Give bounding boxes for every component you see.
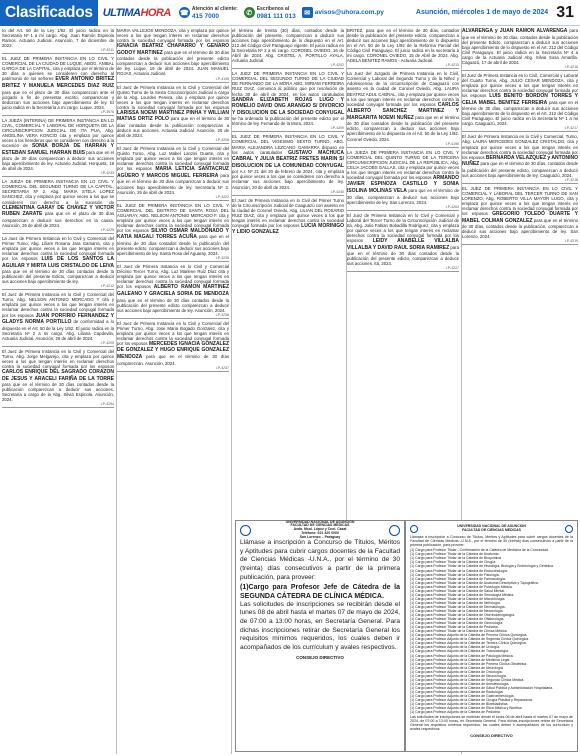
notice-text: El Juez de Primera Instancia en lo Civil… (2, 349, 114, 403)
notice-body: MARIA VALLEJOS MENDOZA, cita y emplaza p… (117, 28, 229, 43)
list-header: UNIVERSIDAD NACIONAL DE ASUNCION FACULTA… (410, 524, 573, 533)
faculty-contest-notice: UNIVERSIDAD NACIONAL DE ASUNCION FACULTA… (235, 520, 405, 752)
header-line: FACULTAD DE CIENCIAS MEDICAS (462, 529, 521, 533)
notice-text: ALVARENGA y JUAN RAMON ALVARENGA para qu… (462, 28, 578, 65)
list-intro: Llámase a inscripción a Concurso de Títu… (410, 535, 573, 547)
whatsapp-icon: ✆ (244, 7, 255, 18)
notice-text: EL JUEZ DE PRIMERA INSTANCIA EN LO CIVIL… (232, 134, 344, 189)
legal-notice: EL JUEZ DE PRIMERA INSTANCIA EN LO CIVIL… (232, 134, 344, 195)
notice-text: EL JUEZ DE PRIMERA INSTANCIA EN LO CIVIL… (2, 56, 114, 110)
university-seal-icon (410, 525, 418, 533)
whatsapp-number[interactable]: 0981 111 013 (257, 13, 296, 20)
notice-body: el término de treinta (30) días, contado… (232, 28, 344, 63)
notice-code: I-P-4216 (462, 65, 578, 69)
legal-notice: El Juez de Primera Instancia en lo Civil… (347, 213, 459, 273)
notice-divider (232, 195, 344, 196)
notice-divider (2, 407, 114, 408)
notice-body: BRITEZ, para que en el término de 30 día… (347, 28, 459, 63)
contact-label: Atención al cliente: (192, 6, 238, 13)
faculty-positions-list: UNIVERSIDAD NACIONAL DE ASUNCION FACULTA… (405, 520, 578, 752)
notice-divider (2, 176, 114, 177)
notice-divider (232, 131, 344, 132)
notice-code: I-P-4211 (2, 48, 114, 52)
notice-text: El Juez de Primera Instancia en lo Civil… (462, 134, 578, 177)
faculty-seal-icon (565, 525, 573, 533)
email-contact: ✉ avisos@uhora.com.py (302, 7, 384, 18)
legal-notice: LA JUEZA DE PRIMERA INSTANCIA EN LO CIVI… (347, 150, 459, 211)
list-signature: CONSEJO DIRECTIVO (410, 733, 573, 738)
notice-parties: CARLOS ENRIQUE DEL SAGRADO CORAZON DE JE… (2, 369, 114, 382)
publication-date: Asunción, miércoles 1 de mayo de 2024 (416, 9, 548, 16)
notice-tail: para que en el plazo de 30 días comparez… (2, 90, 114, 110)
notice-intro: Llámase a inscripción a Concurso de Títu… (240, 539, 400, 583)
column-2: MARIA VALLEJOS MENDOZA, cita y emplaza p… (117, 28, 229, 754)
legal-notice: El Juez de Primera Instancia en lo Civil… (2, 349, 114, 409)
notice-divider (462, 131, 578, 132)
notice-code: I-P-4205 (2, 341, 114, 345)
notice-text: El Juez de Primera Instancia en lo Civil… (462, 73, 578, 127)
legal-notice: El Juez de Primera Instancia en lo Civil… (117, 146, 229, 201)
notice-code: I-P-4225 (2, 228, 114, 232)
legal-notice: EL JUEZ DE PRIMERA INSTANCIA EN LO CIVIL… (117, 203, 229, 263)
legal-notice: EL JUEZ DE PRIMERA INSTANCIA EN LO CIVIL… (462, 186, 578, 246)
notice-divider (347, 147, 459, 148)
phone-icon: ☎ (179, 7, 190, 18)
notice-tail: para que en el término de 30 días contad… (117, 298, 229, 313)
notice-code: I-P-4233 (2, 171, 114, 175)
notice-parties: ALVARENGA y JUAN RAMON ALVARENGA (462, 28, 567, 34)
mail-icon: ✉ (302, 7, 313, 18)
brand-logo-part-b: HORA (140, 7, 170, 19)
notice-divider (2, 53, 114, 54)
notice-tail: por A.I. Nº 21 del 20 de febrero de 2024… (232, 169, 344, 189)
section-title: Clasificados (0, 0, 98, 26)
notice-text: El Juez de Primera Instancia en lo Civil… (117, 85, 229, 139)
notice-code: I-P-4237 (117, 366, 229, 370)
notice-divider (462, 183, 578, 184)
notice-divider (117, 371, 229, 372)
notice-divider (232, 68, 344, 69)
legal-notice: LA JUEZ DE PRIMERA INSTANCIA EN LO CIVIL… (232, 71, 344, 132)
notice-text: LA JUEZ DE PRIMERA INSTANCIA EN LO CIVIL… (232, 71, 344, 126)
notice-divider (117, 261, 229, 262)
notice-divider (347, 271, 459, 272)
notice-code: I-P-4254 (2, 402, 114, 406)
notice-text: El Juez de Primera Instancia en lo Civil… (232, 198, 344, 236)
notice-text: El Juez de Primera Instancia en lo Civil… (2, 292, 114, 341)
notice-code: I-P-4222 (117, 195, 229, 199)
legal-notice: MARIA VALLEJOS MENDOZA, cita y emplaza p… (117, 28, 229, 83)
notice-divider (347, 210, 459, 211)
notice-code: I-P-4208 (117, 138, 229, 142)
contact-label: Escríbenos al (257, 6, 296, 13)
notice-divider (462, 244, 578, 245)
legal-notice: ALVARENGA y JUAN RAMON ALVARENGA para qu… (462, 28, 578, 71)
list-footer: Las solicitudes de inscripciones se reci… (410, 715, 573, 731)
notice-divider (2, 346, 114, 347)
notice-code: I-P-4235 (117, 256, 229, 260)
notice-code: I-P-4217 (462, 126, 578, 130)
notice-code: I-P-4219 (462, 239, 578, 243)
notice-code: I-P-4240 (232, 190, 344, 194)
notice-text: LA JUEZA DE PRIMERA INSTANCIA EN LO CIVI… (2, 179, 114, 228)
phone-number[interactable]: 415 7000 (192, 13, 238, 20)
legal-notice: El Juez de Primera Instancia en lo Civil… (117, 264, 229, 319)
notice-body: El Juez de Primera Instancia en lo Civil… (117, 85, 229, 110)
notice-code: I-P-4202 (232, 63, 344, 67)
notice-code: I-P-4212 (2, 284, 114, 288)
notice-divider (462, 70, 578, 71)
legal-notice: El Juez de Primera Instancia en lo Civil… (117, 321, 229, 372)
notice-code: I-P-4236 (117, 313, 229, 317)
position-item: (1) Cargo para Profesor Adjunto de la Cá… (410, 710, 573, 714)
notice-divider (117, 200, 229, 201)
column-4: BRITEZ, para que en el término de 30 día… (347, 28, 459, 520)
university-seal-icon (240, 525, 251, 536)
customer-service-contact: ☎ Atención al cliente: 415 7000 (179, 6, 238, 20)
notice-header: UNIVERSIDAD NACIONAL DE ASUNCION FACULTA… (240, 524, 400, 536)
notice-divider (2, 233, 114, 234)
notice-text: La Juez de Primera Instancia en lo Civil… (2, 236, 114, 285)
legal-notice: el término de treinta (30) días, contado… (232, 28, 344, 69)
notice-text: EL JUEZ DE PRIMERA INSTANCIA EN LO CIVIL… (462, 186, 578, 240)
page-header: Clasificados ULTIMAHORA ☎ Atención al cl… (0, 0, 580, 26)
notice-text: LA JUEZA DE PRIMERA INSTANCIA EN LO CIVI… (347, 150, 459, 205)
notice-text: La Juez del Juzgado de Primera Instancia… (347, 71, 459, 141)
notice-text: El Juez de Primera Instancia en lo Civil… (347, 213, 459, 267)
notice-divider (347, 68, 459, 69)
notice-text: El Juez de Primera Instancia en lo Civil… (117, 264, 229, 313)
notice-body: LA JUEZ DE PRIMERA INSTANCIA EN LO CIVIL… (232, 71, 344, 96)
notice-divider (117, 82, 229, 83)
notice-text: LA JUEZA (INTERINA) DE PRIMERA INSTANCIA… (2, 118, 114, 172)
notice-position: (1)Cargo para Profesor Jefe de Cátedra d… (240, 583, 400, 601)
notice-code: I-P-4195 (117, 77, 229, 81)
legal-notice: La Juez del Juzgado de Primera Instancia… (347, 71, 459, 147)
notice-text: El Juez de Primera Instancia en lo Civil… (117, 321, 229, 366)
notice-divider (2, 289, 114, 290)
legal-notice: El Juez de Primera Instancia en lo Civil… (462, 134, 578, 183)
legal-notice: to del Art. 50 de la Ley 1/92. El juicio… (2, 28, 114, 54)
notice-details: Las solicitudes de inscripciones se reci… (240, 601, 400, 653)
legal-notice: EL JUEZ DE PRIMERA INSTANCIA EN LO CIVIL… (2, 56, 114, 116)
notice-divider (117, 143, 229, 144)
legal-notice: La Juez de Primera Instancia en lo Civil… (2, 236, 114, 291)
column-1: to del Art. 50 de la Ley 1/92. El juicio… (2, 28, 114, 754)
notice-text: El Juez de Primera Instancia en lo Civil… (117, 146, 229, 195)
notice-body: LA JUEZA DE PRIMERA INSTANCIA EN LO CIVI… (2, 179, 114, 204)
notice-signature: CONSEJO DIRECTIVO (240, 655, 400, 660)
notice-text: MARIA VALLEJOS MENDOZA, cita y emplaza p… (117, 28, 229, 77)
notice-body: El Juez de Primera Instancia en lo Civil… (2, 349, 114, 369)
notice-code: I-P-4213 (347, 63, 459, 67)
notice-text: EL JUEZ DE PRIMERA INSTANCIA EN LO CIVIL… (117, 203, 229, 257)
notice-tail: se ha ordenado la publicación del presen… (232, 116, 344, 126)
whatsapp-contact: ✆ Escríbenos al 0981 111 013 (244, 6, 296, 20)
notice-parties: LEIDY ANABELLE VILLALBA VILLALBA Y DAVID… (347, 238, 459, 251)
notice-code: I-P-4227 (347, 266, 459, 270)
notice-tail: para que en el término de 30 días, conta… (462, 161, 578, 178)
faculty-seal-icon (389, 525, 400, 536)
notice-text: BRITEZ, para que en el término de 30 día… (347, 28, 459, 63)
notice-body: to del Art. 50 de la Ley 1/92. El juicio… (2, 28, 114, 48)
notice-code: I-P-3976 (2, 110, 114, 114)
positions-list: (1) Cargo para Profesor Titular - Confir… (410, 548, 573, 714)
notice-code: I-P-4264 (347, 205, 459, 209)
notice-text: el término de treinta (30) días, contado… (232, 28, 344, 63)
notice-code: I-P-4209 (232, 126, 344, 130)
notice-parties: SANDRA ELIZABETH ROJAS LUGO Y ROMELIO DA… (232, 97, 344, 116)
notice-tail: para que en el término de 30 días contad… (2, 382, 114, 402)
contact-info: ☎ Atención al cliente: 415 7000 ✆ Escríb… (179, 6, 384, 20)
notice-text: to del Art. 50 de la Ley 1/92. El juicio… (2, 28, 114, 48)
legal-notice: El Juez de Primera Instancia en lo Civil… (117, 85, 229, 145)
brand-logo: ULTIMAHORA (103, 7, 171, 19)
position-item: (1) Cargo para Profesor Titular de la Cá… (410, 564, 573, 568)
legal-notice: El Juez de Primera Instancia en lo Civil… (2, 292, 114, 347)
brand-logo-part-a: ULTIMA (103, 7, 141, 19)
email-link[interactable]: avisos@uhora.com.py (315, 9, 384, 16)
notice-tail: para que en el término de 30 días contad… (2, 269, 114, 284)
page-number: 31 (556, 4, 574, 22)
notice-divider (2, 115, 114, 116)
legal-notice: LA JUEZA (INTERINA) DE PRIMERA INSTANCIA… (2, 118, 114, 178)
legal-notice: El Juez de Primera Instancia en lo Civil… (232, 198, 344, 236)
legal-notice: BRITEZ, para que en el término de 30 día… (347, 28, 459, 69)
notice-divider (117, 318, 229, 319)
notice-code: I-P-4218 (462, 178, 578, 182)
legal-notice: LA JUEZA DE PRIMERA INSTANCIA EN LO CIVI… (2, 179, 114, 234)
column-3: el término de treinta (30) días, contado… (232, 28, 344, 520)
notice-code: I-P-4196 (347, 142, 459, 146)
legal-notice: El Juez de Primera Instancia en lo Civil… (462, 73, 578, 133)
